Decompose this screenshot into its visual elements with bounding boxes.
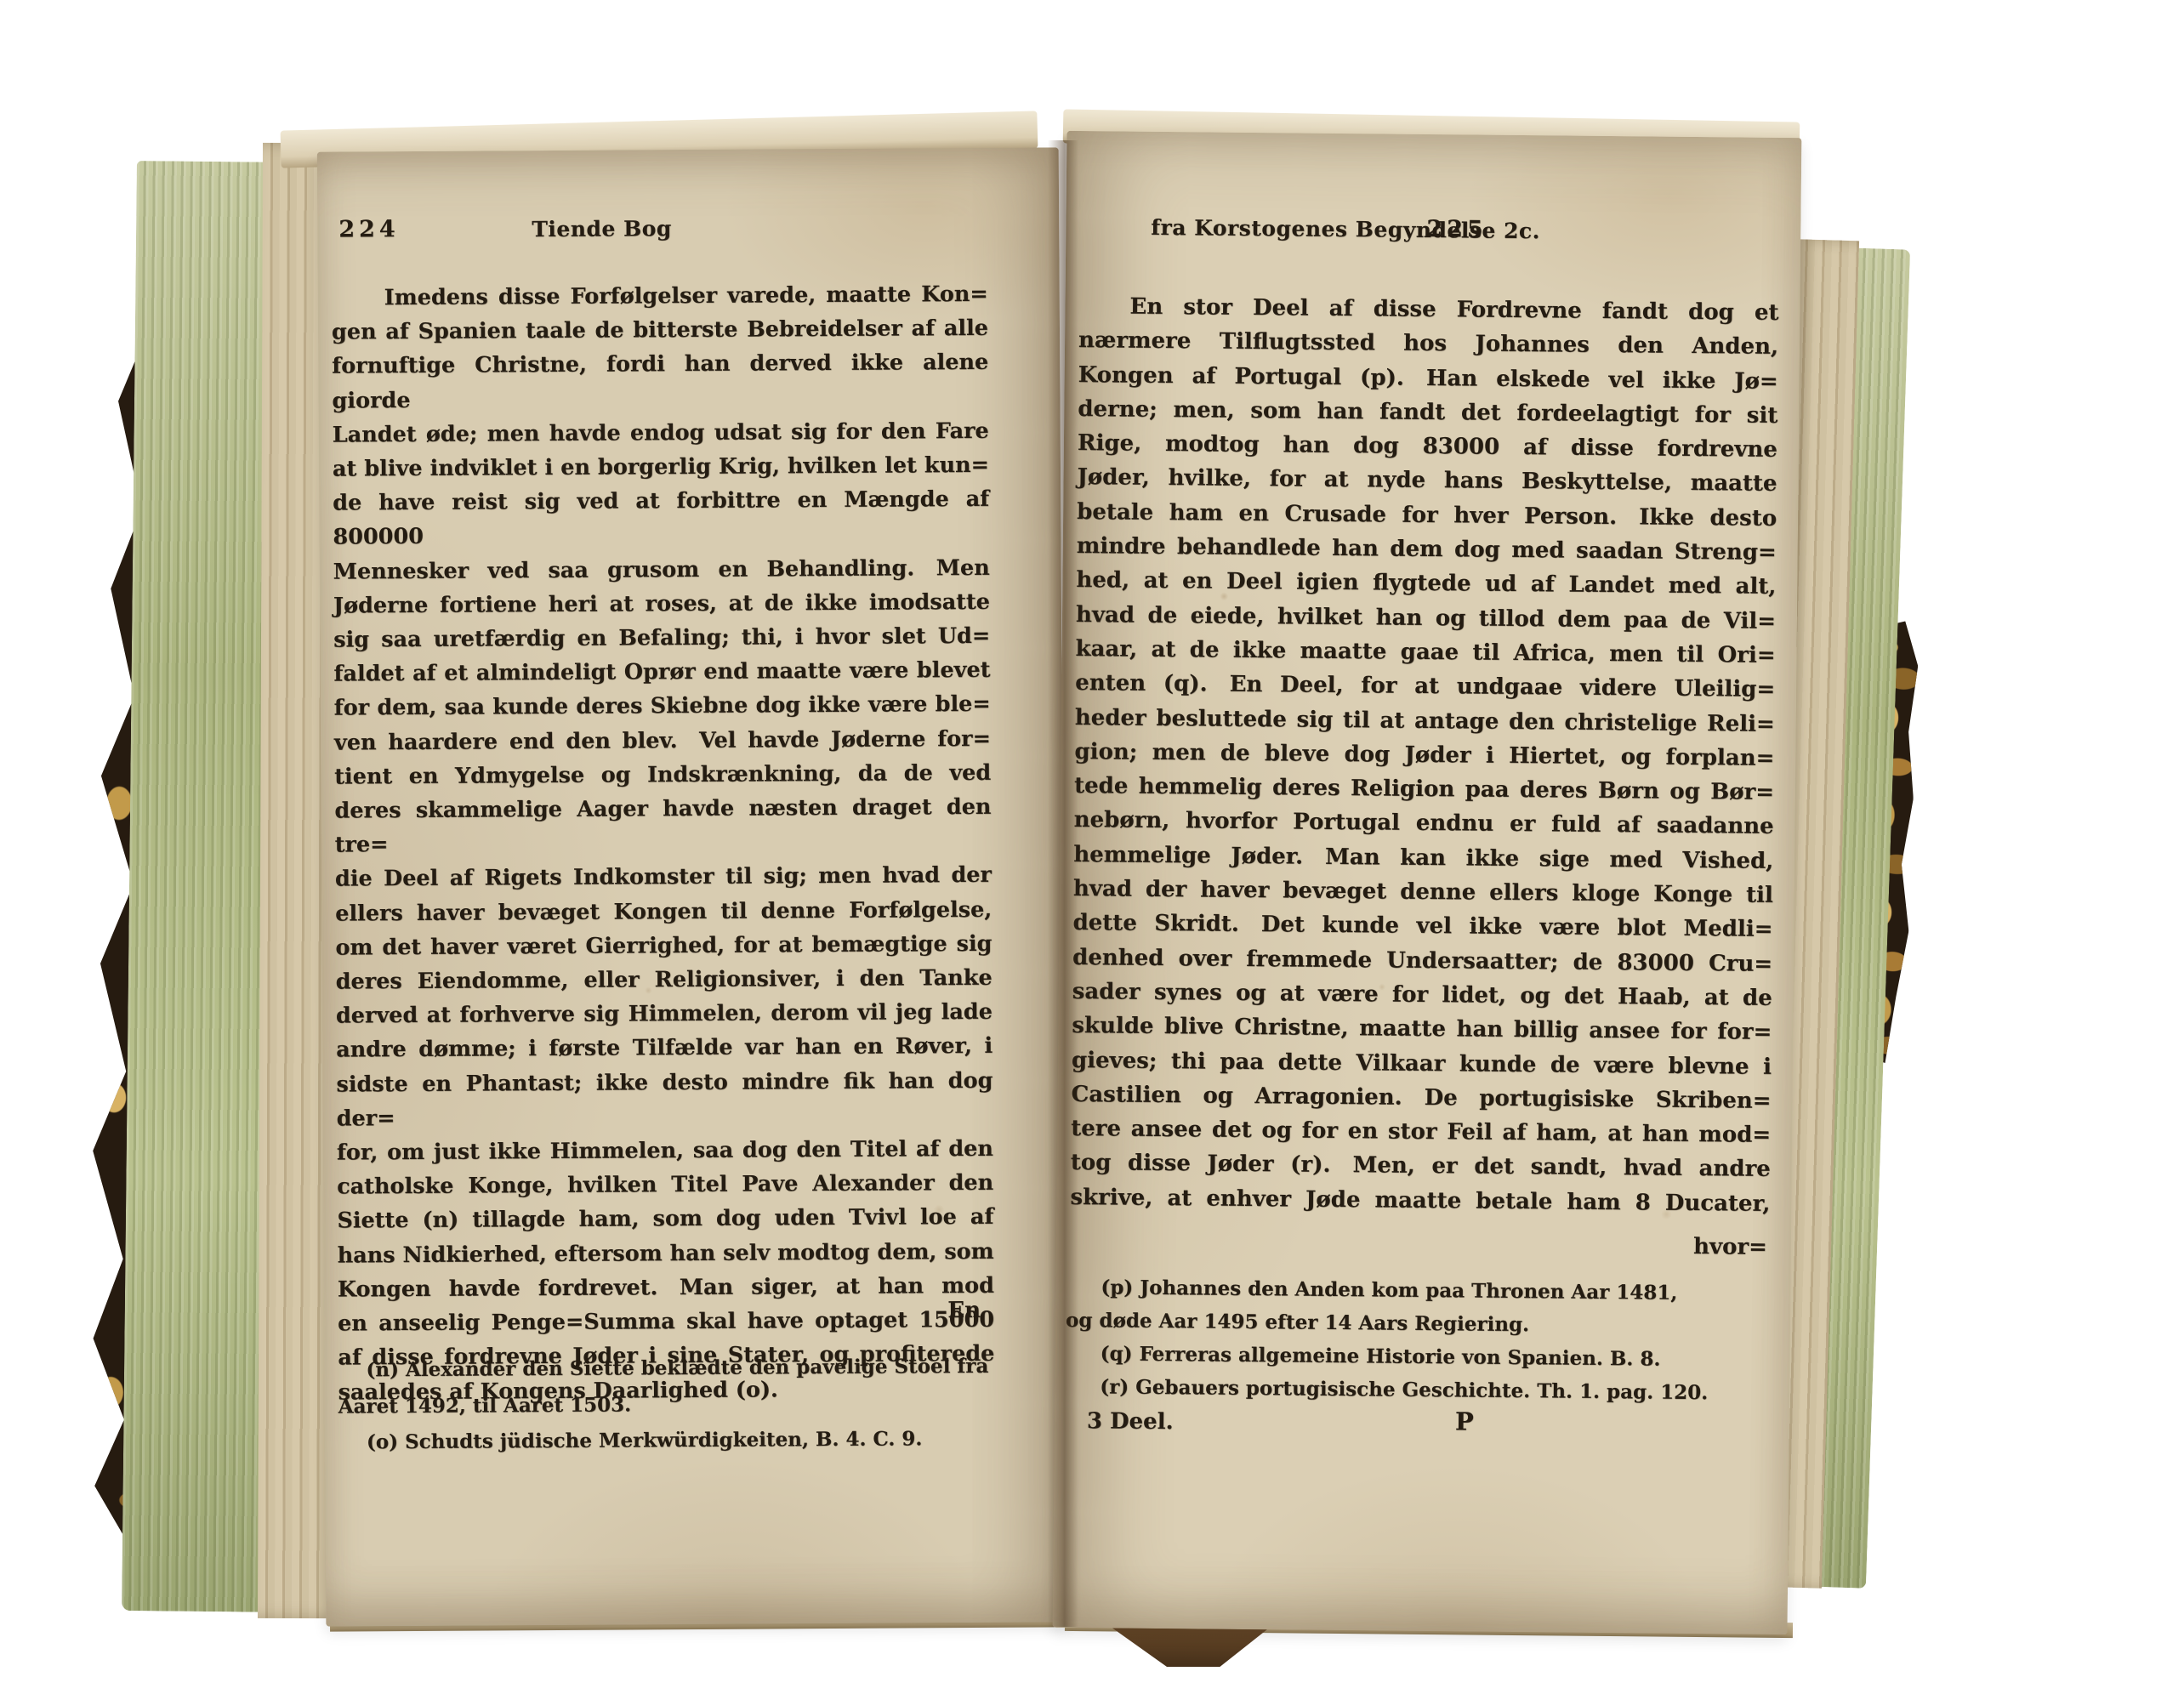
text-line: skrive, at enhver Jøde maatte betale ham… [1070, 1180, 1770, 1221]
text-line: sig saa uretfærdig en Befaling; thi, i h… [333, 619, 990, 657]
text-line: for dem, saa kunde deres Skiebne dog ikk… [334, 687, 991, 725]
text-line: ellers haver bevæget Kongen til denne Fo… [335, 893, 992, 931]
text-line: de have reist sig ved at forbittre en Mæ… [333, 482, 989, 554]
body-text-left: Imedens disse Forfølgelser varede, maatt… [332, 277, 995, 1409]
book-page-left: 224 Tiende Bog Imedens disse Forfølgelse… [317, 147, 1068, 1626]
text-line: deres skammelige Aager havde næsten drag… [334, 790, 991, 862]
text-line: (o) Schudts jüdische Merkwürdigkeiten, B… [338, 1421, 1000, 1461]
page-number-left: 224 [338, 216, 400, 242]
text-line: Siette (n) tillagde ham, som dog uden Tv… [337, 1200, 993, 1238]
footnotes-left: (n) Alexander den Siette beklædte den pa… [338, 1349, 1000, 1461]
running-head-left: Tiende Bog [532, 216, 672, 242]
text-line: Jøderne fortiene heri at roses, at de ik… [333, 585, 990, 623]
page-number-right: 225 [1426, 216, 1487, 243]
catchword-left: En [338, 1298, 981, 1327]
signature-row: 3 Deel. P [1068, 1408, 1768, 1449]
text-line: Imedens disse Forfølgelser varede, maatt… [332, 277, 988, 315]
text-line: (n) Alexander den Siette beklædte den pa… [338, 1349, 999, 1389]
text-line: hans Nidkierhed, eftersom han selv modto… [338, 1235, 994, 1273]
photo-of-open-antique-book: { "colors": { "background": "#ffffff", "… [0, 0, 2184, 1694]
text-line: om det haver været Gierrighed, for at be… [335, 927, 992, 965]
text-line: catholske Konge, hvilken Titel Pave Alex… [337, 1166, 993, 1204]
text-line: Mennesker ved saa grusom en Behandling. … [333, 550, 990, 588]
catchword-right: hvor= [1070, 1228, 1767, 1260]
text-line: for, om just ikke Himmelen, saa dog den … [337, 1132, 993, 1170]
text-line: fornuftige Christne, fordi han derved ik… [332, 345, 988, 418]
text-line: (r) Gebauers portugisische Geschichte. T… [1065, 1370, 1772, 1410]
text-line: Landet øde; men havde endog udsat sig fo… [333, 414, 989, 452]
volume-signature: 3 Deel. [1087, 1408, 1174, 1435]
body-text-right: En stor Deel af disse Fordrevne fandt do… [1070, 289, 1778, 1221]
footnotes-right: (p) Johannes den Anden kom paa Thronen A… [1065, 1270, 1773, 1410]
text-line: die Deel af Rigets Indkomster til sig; m… [335, 858, 992, 896]
text-line: ven haardere end den blev. Vel havde Jød… [334, 721, 991, 759]
text-line: at blive indviklet i en borgerlig Krig, … [333, 448, 989, 486]
text-line: andre dømme; i første Tilfælde var han e… [336, 1029, 992, 1067]
book-page-right: fra Korstogenes Begyndelse 2c. 225 En st… [1053, 131, 1802, 1634]
text-line: faldet af et almindeligt Oprør end maatt… [333, 653, 990, 691]
text-line: derved at forhverve sig Himmelen, derom … [336, 995, 992, 1033]
gathering-signature-mark: P [1455, 1407, 1474, 1435]
text-line: deres Eiendomme, eller Religionsiver, i … [336, 961, 992, 999]
text-line: gen af Spanien taale de bitterste Bebrei… [332, 311, 988, 350]
text-line: sidste en Phantast; ikke desto mindre fi… [336, 1064, 992, 1136]
text-line: Aaret 1492, til Aaret 1503. [338, 1384, 1000, 1424]
text-line: tient en Ydmygelse og Indskrænkning, da … [334, 756, 991, 794]
